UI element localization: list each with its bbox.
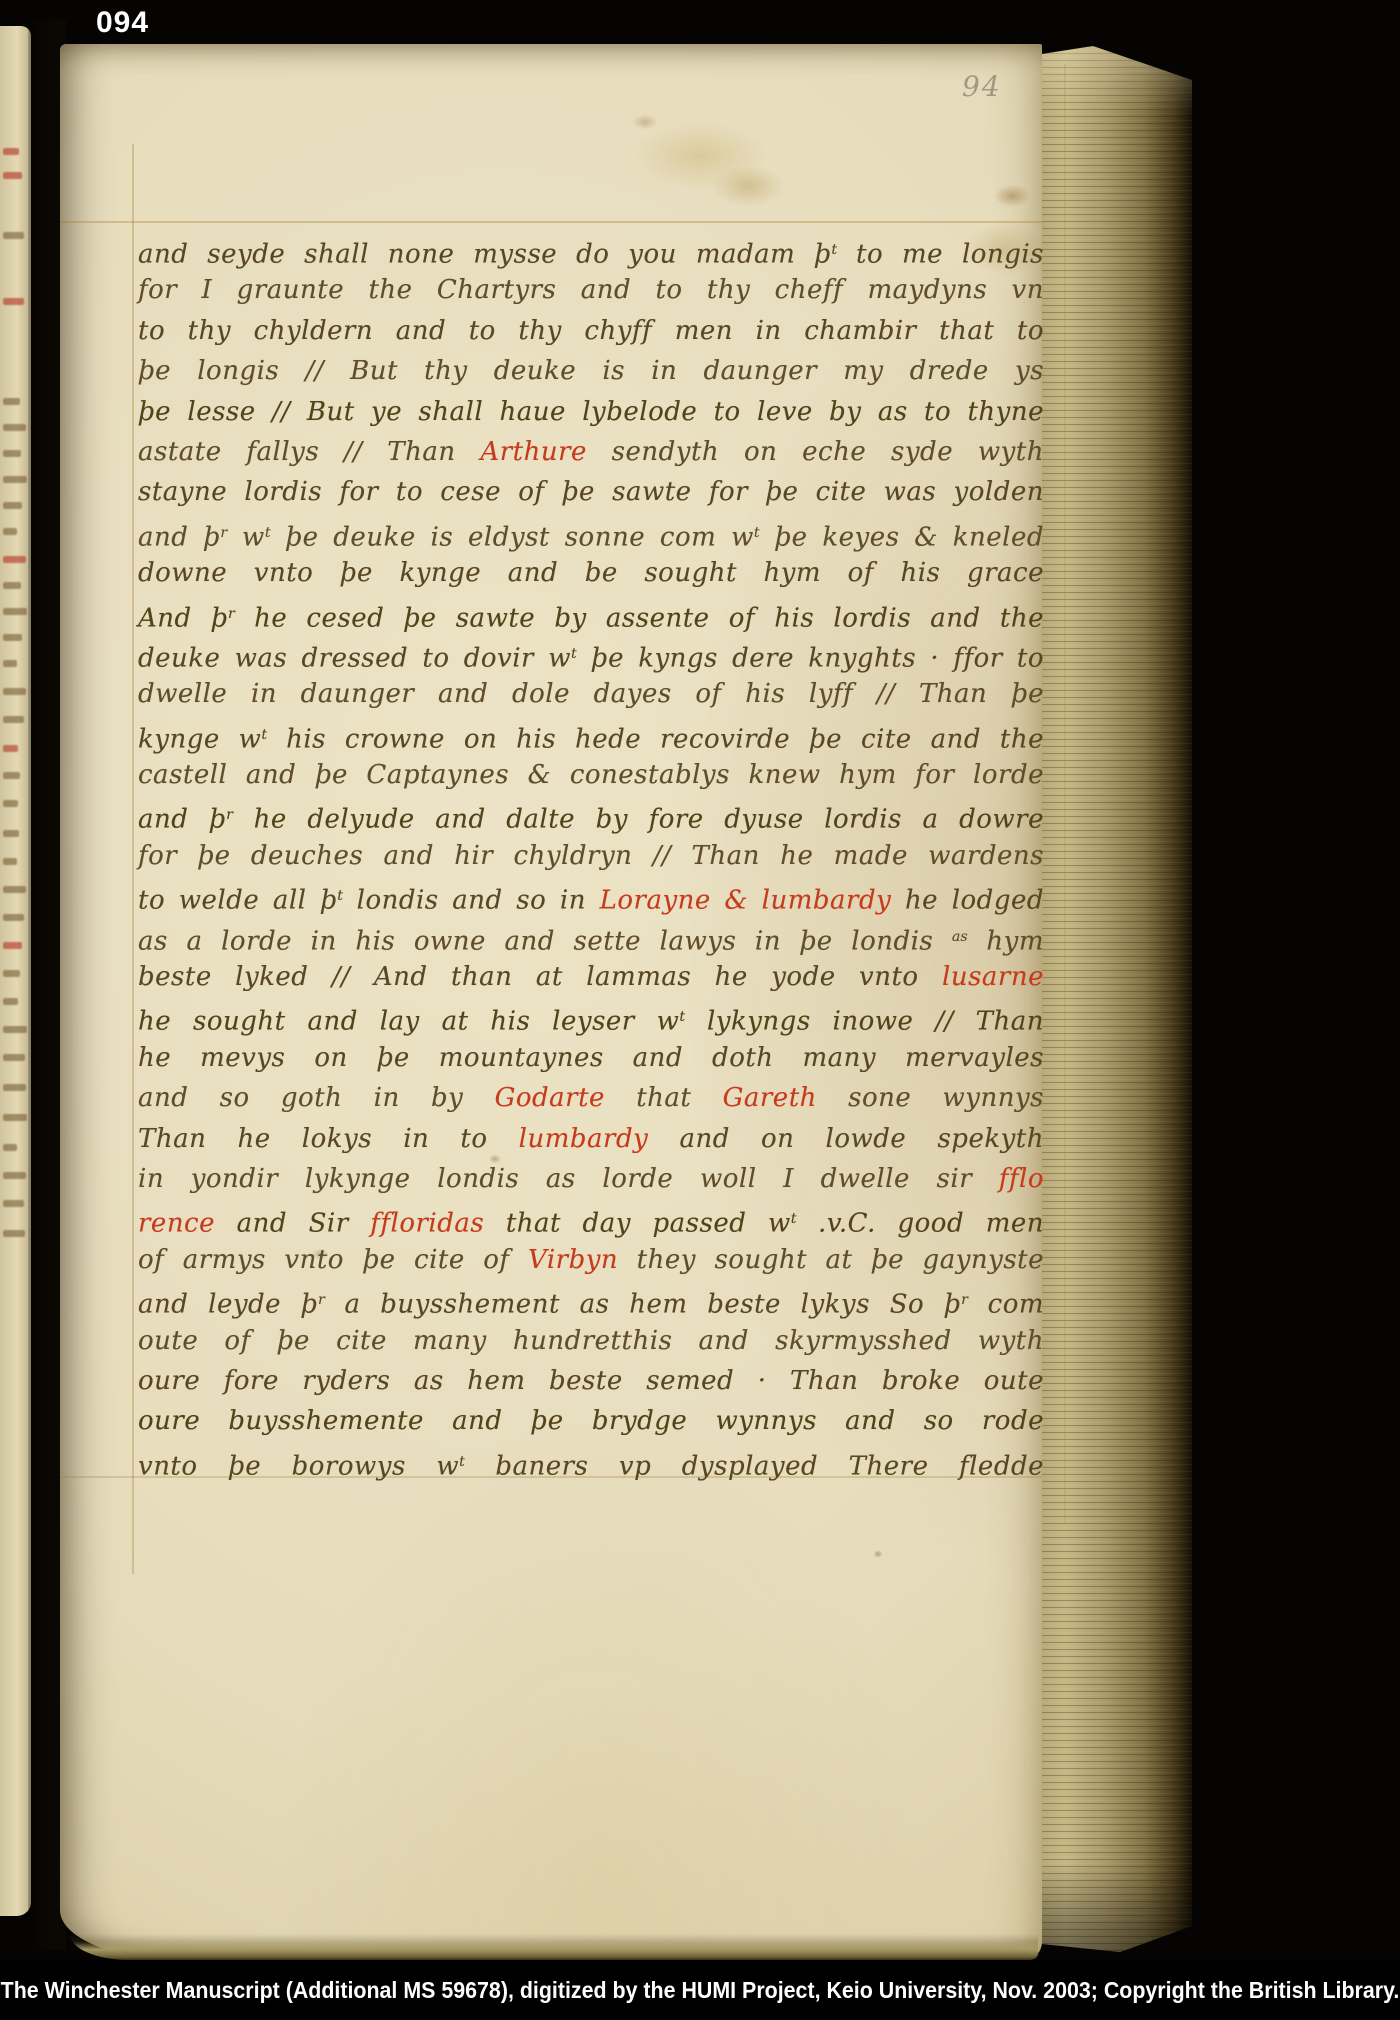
marginal-text-fragment xyxy=(3,1114,27,1121)
marginal-text-fragment xyxy=(3,634,22,641)
marginal-text-fragment xyxy=(3,172,22,179)
ink-text: to thy chyldern and to thy chyff men in … xyxy=(138,316,1044,346)
ink-text: oute of þe cite many hundretthis and sky… xyxy=(138,1326,1044,1356)
marginal-text-fragment xyxy=(3,450,21,457)
ink-text: oure fore ryders as hem beste semed · Th… xyxy=(138,1366,1044,1396)
ink-text: as a lorde in his owne and sette lawys i… xyxy=(138,926,952,956)
ink-text: and Sir xyxy=(215,1209,370,1239)
manuscript-line: dwelle in daunger and dole dayes of his … xyxy=(138,674,1044,714)
ink-text: he delyude and dalte by fore dyuse lordi… xyxy=(233,805,1044,835)
ruling-top xyxy=(60,221,1042,223)
manuscript-line: oure fore ryders as hem beste semed · Th… xyxy=(138,1361,1044,1401)
ink-text: sone wynnys xyxy=(817,1083,1044,1113)
ink-text: that xyxy=(605,1083,723,1113)
ink-text: they sought at þe gaynyste xyxy=(618,1245,1044,1275)
marginal-text-fragment xyxy=(3,998,18,1005)
ink-text: a buysshement as hem beste lykys So þ xyxy=(325,1290,961,1320)
marginal-text-fragment xyxy=(3,660,17,667)
manuscript-line: beste lyked // And than at lammas he yod… xyxy=(138,957,1044,997)
ink-text: astate fallys // Than xyxy=(138,437,480,467)
rubricated-text: Virbyn xyxy=(528,1245,618,1275)
text-block: and seyde shall none mysse do you madam … xyxy=(138,230,1044,1482)
ink-text: hym xyxy=(968,926,1044,956)
corner-label: 094 xyxy=(96,6,149,40)
manuscript-line: to thy chyldern and to thy chyff men in … xyxy=(138,311,1044,351)
marginal-text-fragment xyxy=(3,502,22,509)
rubricated-text: fflo xyxy=(999,1164,1044,1194)
manuscript-line: deuke was dressed to dovir wt þe kyngs d… xyxy=(138,634,1044,674)
ink-text: and leyde þ xyxy=(138,1290,318,1320)
rubricated-text: rence xyxy=(138,1209,215,1239)
manuscript-line: þe lesse // But ye shall haue lybelode t… xyxy=(138,392,1044,432)
marginal-text-fragment xyxy=(3,830,19,837)
ink-text: for þe deuches and hir chyldryn // Than … xyxy=(138,841,1044,871)
manuscript-line: and seyde shall none mysse do you madam … xyxy=(138,230,1044,270)
manuscript-line: vnto þe borowys wt baners vp dysplayed T… xyxy=(138,1442,1044,1482)
rubricated-text: Godarte xyxy=(495,1083,605,1113)
manuscript-line: And þr he cesed þe sawte by assente of h… xyxy=(138,594,1044,634)
ink-text: that day passed w xyxy=(484,1209,790,1239)
manuscript-line: rence and Sir ffloridas that day passed … xyxy=(138,1199,1044,1239)
ink-text: he lodged xyxy=(891,886,1044,916)
marginal-text-fragment xyxy=(3,148,19,155)
manuscript-line: þe longis // But thy deuke is in daunger… xyxy=(138,351,1044,391)
manuscript-line: for I graunte the Chartyrs and to thy ch… xyxy=(138,270,1044,310)
ink-text: Than he lokys in to xyxy=(138,1124,519,1154)
page-bottom-edge xyxy=(70,1934,1038,1960)
ink-text: r xyxy=(961,1292,968,1308)
manuscript-line: and þr he delyude and dalte by fore dyus… xyxy=(138,795,1044,835)
marginal-text-fragment xyxy=(3,1026,27,1033)
manuscript-line: astate fallys // Than Arthure sendyth on… xyxy=(138,432,1044,472)
ink-text: and so goth in by xyxy=(138,1083,495,1113)
marginal-text-fragment xyxy=(3,886,26,893)
ink-text: he mevys on þe mountaynes and doth many … xyxy=(138,1043,1044,1073)
ink-text: r xyxy=(318,1292,325,1308)
marginal-text-fragment xyxy=(3,298,24,305)
marginal-text-fragment xyxy=(3,582,21,589)
ink-text: And þ xyxy=(138,603,228,633)
ink-text: þe lesse // But ye shall haue lybelode t… xyxy=(138,397,1044,427)
adjacent-page-edge xyxy=(0,26,31,1916)
rubricated-text: Arthure xyxy=(480,437,586,467)
manuscript-line: Than he lokys in to lumbardy and on lowd… xyxy=(138,1119,1044,1159)
marginal-text-fragment xyxy=(3,688,26,695)
caption-text: The Winchester Manuscript (Additional MS… xyxy=(1,1977,1400,2004)
ink-text: of armys vnto þe cite of xyxy=(138,1245,528,1275)
manuscript-line: kynge wt his crowne on his hede recovird… xyxy=(138,715,1044,755)
ink-text: r xyxy=(228,606,235,622)
marginal-text-fragment xyxy=(3,1230,25,1237)
manuscript-line: of armys vnto þe cite of Virbyn they sou… xyxy=(138,1240,1044,1280)
rubricated-text: Lorayne & lumbardy xyxy=(600,886,892,916)
marginal-text-fragment xyxy=(3,745,18,752)
ink-text: downe vnto þe kynge and be sought hym of… xyxy=(138,558,1044,588)
rubricated-text: ffloridas xyxy=(370,1209,484,1239)
ink-text: stayne lordis for to cese of þe sawte fo… xyxy=(138,477,1044,507)
rubricated-text: Gareth xyxy=(723,1083,817,1113)
ink-text: and seyde shall none mysse do you madam … xyxy=(138,240,831,270)
ink-text: w xyxy=(227,522,265,552)
ink-text: his crowne on his hede recovirde þe cite… xyxy=(267,724,1044,754)
ink-text: beste lyked // And than at lammas he yod… xyxy=(138,962,942,992)
ink-text: and on lowde spekyth xyxy=(648,1124,1044,1154)
ink-text: þe longis // But thy deuke is in daunger… xyxy=(138,356,1044,386)
marginal-text-fragment xyxy=(3,1144,17,1151)
ink-text: lykyngs inowe // Than xyxy=(685,1007,1044,1037)
marginal-text-fragment xyxy=(3,1172,26,1179)
book-fore-edge xyxy=(1042,46,1192,1952)
ink-text: he cesed þe sawte by assente of his lord… xyxy=(235,603,1044,633)
manuscript-line: oure buysshemente and þe brydge wynnys a… xyxy=(138,1401,1044,1441)
marginal-text-fragment xyxy=(3,232,24,239)
marginal-text-fragment xyxy=(3,608,27,615)
ink-text: castell and þe Captaynes & conestablys k… xyxy=(138,760,1044,790)
marginal-text-fragment xyxy=(3,800,18,807)
manuscript-line: and so goth in by Godarte that Gareth so… xyxy=(138,1078,1044,1118)
marginal-text-fragment xyxy=(3,556,26,563)
ink-text: he sought and lay at his leyser w xyxy=(138,1007,679,1037)
ink-text: vnto þe borowys w xyxy=(138,1451,459,1481)
ink-text: r xyxy=(226,807,233,823)
ink-text: þe keyes & kneled xyxy=(760,522,1044,552)
manuscript-line: to welde all þt londis and so in Lorayne… xyxy=(138,876,1044,916)
marginal-text-fragment xyxy=(3,1084,26,1091)
ink-text: þe kyngs dere knyghts · ffor to xyxy=(577,643,1044,673)
ink-text: as xyxy=(952,929,968,945)
ink-text: to welde all þ xyxy=(138,886,337,916)
marginal-text-fragment xyxy=(3,716,24,723)
manuscript-line: as a lorde in his owne and sette lawys i… xyxy=(138,917,1044,957)
ink-text: for I graunte the Chartyrs and to thy ch… xyxy=(138,275,1044,305)
ink-text: com xyxy=(968,1290,1044,1320)
manuscript-line: he sought and lay at his leyser wt lykyn… xyxy=(138,997,1044,1037)
ink-text: to me longis xyxy=(837,240,1044,270)
manuscript-line: oute of þe cite many hundretthis and sky… xyxy=(138,1321,1044,1361)
marginal-text-fragment xyxy=(3,858,17,865)
marginal-text-fragment xyxy=(3,942,22,949)
ink-text: þe deuke is eldyst sonne com w xyxy=(271,522,754,552)
ink-text: .v.C. good men xyxy=(796,1209,1044,1239)
manuscript-line: and leyde þr a buysshement as hem beste … xyxy=(138,1280,1044,1320)
marginal-text-fragment xyxy=(3,970,20,977)
marginal-text-fragment xyxy=(3,528,17,535)
manuscript-line: stayne lordis for to cese of þe sawte fo… xyxy=(138,472,1044,512)
ruling-left xyxy=(132,144,134,1574)
marginal-text-fragment xyxy=(3,424,26,431)
photo-frame: 094 94 and seyde shall none mysse do you… xyxy=(0,0,1400,2020)
manuscript-line: downe vnto þe kynge and be sought hym of… xyxy=(138,553,1044,593)
rubricated-text: lusarne xyxy=(942,962,1044,992)
ink-text: oure buysshemente and þe brydge wynnys a… xyxy=(138,1406,1044,1436)
manuscript-line: and þr wt þe deuke is eldyst sonne com w… xyxy=(138,513,1044,553)
folio-number: 94 xyxy=(962,70,1002,103)
marginal-text-fragment xyxy=(3,398,20,405)
ink-text: and þ xyxy=(138,805,226,835)
ink-text: londis and so in xyxy=(343,886,600,916)
marginal-text-fragment xyxy=(3,914,24,921)
marginal-text-fragment xyxy=(3,1054,25,1061)
manuscript-line: he mevys on þe mountaynes and doth many … xyxy=(138,1038,1044,1078)
marginal-text-fragment xyxy=(3,476,27,483)
ink-text: sendyth on eche syde wyth xyxy=(587,437,1044,467)
manuscript-line: in yondir lykynge londis as lorde woll I… xyxy=(138,1159,1044,1199)
rubricated-text: lumbardy xyxy=(519,1124,649,1154)
ink-text: in yondir lykynge londis as lorde woll I… xyxy=(138,1164,999,1194)
manuscript-line: castell and þe Captaynes & conestablys k… xyxy=(138,755,1044,795)
ink-text: deuke was dressed to dovir w xyxy=(138,643,571,673)
ink-text: kynge w xyxy=(138,724,261,754)
caption-bar: The Winchester Manuscript (Additional MS… xyxy=(0,1960,1400,2020)
manuscript-page: 94 and seyde shall none mysse do you mad… xyxy=(60,44,1042,1960)
marginal-text-fragment xyxy=(3,1200,24,1207)
fore-edge-sheen xyxy=(1042,46,1192,1952)
ink-text: dwelle in daunger and dole dayes of his … xyxy=(138,679,1044,709)
marginal-text-fragment xyxy=(3,772,20,779)
manuscript-line: for þe deuches and hir chyldryn // Than … xyxy=(138,836,1044,876)
ink-text: and þ xyxy=(138,522,220,552)
ink-text: baners vp dysplayed There fledde xyxy=(465,1451,1044,1481)
